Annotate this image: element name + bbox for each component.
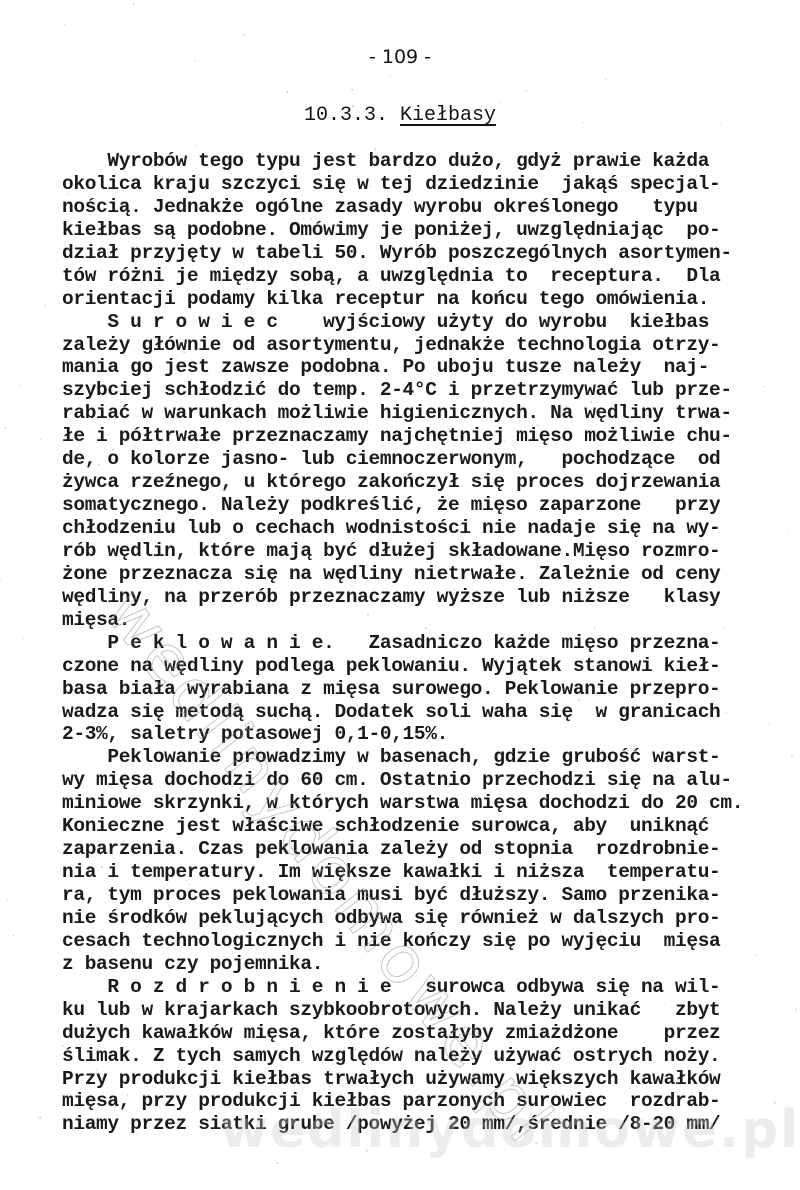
text-line: P e k l o w a n i e. Zasadniczo każde mi…	[62, 632, 772, 655]
text-line: nością. Jednakże ogólne zasady wyrobu ok…	[62, 196, 772, 219]
text-line: S u r o w i e c wyjściowy użyty do wyrob…	[62, 311, 772, 334]
text-line: dużych kawałków mięsa, które zostałyby z…	[62, 1022, 772, 1045]
text-line: Przy produkcji kiełbas trwałych używamy …	[62, 1068, 772, 1091]
text-line: dział przyjęty w tabeli 50. Wyrób poszcz…	[62, 242, 772, 265]
text-line: niamy przez siatki grube /powyżej 20 mm/…	[62, 1113, 772, 1136]
text-line: ślimak. Z tych samych względów należy uż…	[62, 1045, 772, 1068]
text-line: mania go jest zawsze podobna. Po uboju t…	[62, 356, 772, 379]
text-line: nia i temperatury. Im większe kawałki i …	[62, 861, 772, 884]
text-line: rób wędlin, które mają być dłużej składo…	[62, 540, 772, 563]
text-line: rabiać w warunkach możliwie higienicznyc…	[62, 402, 772, 425]
text-line: ku lub w krajarkach szybkoobrotowych. Na…	[62, 999, 772, 1022]
section-title: Kiełbasy	[400, 104, 496, 127]
text-line: żone przeznacza się na wędliny nietrwałe…	[62, 563, 772, 586]
section-number: 10.3.3.	[304, 104, 388, 127]
text-line: tów różni je między sobą, a uwzględnia t…	[62, 265, 772, 288]
text-line: nie środków peklujących odbywa się równi…	[62, 907, 772, 930]
section-heading: 10.3.3. Kiełbasy	[0, 104, 800, 127]
page-number: - 109 -	[0, 46, 800, 68]
text-line: łe i półtrwałe przeznaczamy najchętniej …	[62, 425, 772, 448]
text-line: Konieczne jest właściwe schłodzenie suro…	[62, 815, 772, 838]
text-line: okolica kraju szczyci się w tej dziedzin…	[62, 173, 772, 196]
text-line: Peklowanie prowadzimy w basenach, gdzie …	[62, 746, 772, 769]
text-line: orientacji podamy kilka receptur na końc…	[62, 288, 772, 311]
text-line: mięsa, przy produkcji kiełbas parzonych …	[62, 1090, 772, 1113]
text-line: zależy głównie od asortymentu, jednakże …	[62, 334, 772, 357]
text-line: 2-3%, saletry potasowej 0,1-0,15%.	[62, 723, 772, 746]
text-line: basa biała wyrabiana z mięsa surowego. P…	[62, 678, 772, 701]
text-line: żywca rzeźnego, u którego zakończył się …	[62, 471, 772, 494]
text-line: wy mięsa dochodzi do 60 cm. Ostatnio prz…	[62, 769, 772, 792]
text-line: szybciej schłodzić do temp. 2-4°C i prze…	[62, 379, 772, 402]
text-line: czone na wędliny podlega peklowaniu. Wyj…	[62, 655, 772, 678]
text-line: wędliny, na przerób przeznaczamy wyższe …	[62, 586, 772, 609]
text-line: zaparzenia. Czas peklowania zależy od st…	[62, 838, 772, 861]
text-line: z basenu czy pojemnika.	[62, 953, 772, 976]
text-line: miniowe skrzynki, w których warstwa mięs…	[62, 792, 772, 815]
text-line: mięsa.	[62, 609, 772, 632]
text-line: wadza się metodą suchą. Dodatek soli wah…	[62, 701, 772, 724]
text-line: kiełbas są podobne. Omówimy je poniżej, …	[62, 219, 772, 242]
text-line: Wyrobów tego typu jest bardzo dużo, gdyż…	[62, 150, 772, 173]
text-line: ra, tym proces peklowania musi być dłużs…	[62, 884, 772, 907]
text-line: de, o kolorze jasno- lub ciemnoczerwonym…	[62, 448, 772, 471]
text-line: chłodzeniu lub o cechach wodnistości nie…	[62, 517, 772, 540]
text-line: cesach technologicznych i nie kończy się…	[62, 930, 772, 953]
text-line: somatycznego. Należy podkreślić, że mięs…	[62, 494, 772, 517]
body-text: Wyrobów tego typu jest bardzo dużo, gdyż…	[62, 150, 772, 1136]
text-line: R o z d r o b n i e n i e surowca odbywa…	[62, 976, 772, 999]
